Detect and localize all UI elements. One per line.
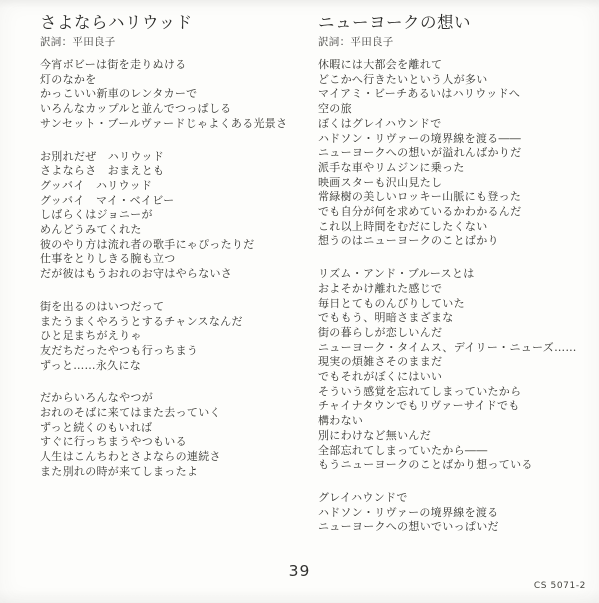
lyric-stanza: 今宵ボビーは街を走りぬける灯のなかをかっこいい新車のレンタカーでいろんなカップル… [40,58,312,132]
song-column-right: ニューヨークの想い 訳詞：平田良子 休暇には大都会を離れてどこかへ行きたいという… [318,13,590,535]
lyric-line: すぐに行っちまうやつもいる [40,435,312,450]
lyric-stanza: 休暇には大都会を離れてどこかへ行きたいという人が多いマイアミ・ビーチあるいはハリ… [318,58,590,249]
lyric-line: 仕事をとりしきる腕も立つ [40,252,312,267]
lyric-line: ひと足まちがえりゃ [40,329,312,344]
lyric-line: 常緑樹の美しいロッキー山脈にも登った [318,190,590,205]
lyric-line: 毎日とてものんびりしていた [318,297,590,312]
lyric-line: そういう感覚を忘れてしまっていたから [318,385,590,400]
lyric-line: ニューヨーク・タイムス、デイリー・ニューズ…… [318,341,590,356]
lyric-line: ニューヨークへの想いでいっぱいだ [318,520,590,535]
lyric-line: グッバイ マイ・ベイビー [40,194,312,209]
lyric-line: グレイハウンドで [318,491,590,506]
song-title-left: さよならハリウッド [40,13,312,33]
lyric-line: 別にわけなど無いんだ [318,429,590,444]
lyric-line: またうまくやろうとするチャンスなんだ [40,315,312,330]
lyric-line: 派手な車やリムジンに乗った [318,161,590,176]
lyric-line: ハドソン・リヴァーの境界線を渡る―― [318,132,590,147]
lyrics-left: 今宵ボビーは街を走りぬける灯のなかをかっこいい新車のレンタカーでいろんなカップル… [40,58,312,480]
lyric-line: ハドソン・リヴァーの境界線を渡る [318,506,590,521]
lyric-line: だからいろんなやつが [40,391,312,406]
lyric-line: もうニューヨークのことばかり想っている [318,458,590,473]
booklet-page: さよならハリウッド 訳詞：平田良子 今宵ボビーは街を走りぬける灯のなかをかっこい… [0,0,599,603]
song-title-right: ニューヨークの想い [318,13,590,33]
translator-credit-right: 訳詞：平田良子 [318,36,590,49]
lyric-line: これ以上時間をむだにしたくない [318,220,590,235]
lyric-stanza: リズム・アンド・ブルースとはおよそかけ離れた感じで毎日とてものんびりしていたでも… [318,267,590,473]
page-number: 39 [0,562,599,580]
lyric-line: チャイナタウンでもリヴァーサイドでも [318,399,590,414]
lyric-line: おれのそばに来てはまた去っていく [40,406,312,421]
lyric-stanza: 街を出るのはいつだってまたうまくやろうとするチャンスなんだひと足まちがえりゃ友だ… [40,300,312,374]
lyric-stanza: お別れだぜ ハリウッドさよならさ おまえともグッバイ ハリウッドグッバイ マイ・… [40,150,312,282]
lyric-line: また別れの時が来てしまったよ [40,465,312,480]
catalog-number: CS 5071-2 [534,581,586,591]
lyric-line: 全部忘れてしまっていたから―― [318,444,590,459]
lyric-line: ニューヨークへの想いが溢れんばかりだ [318,146,590,161]
lyric-line: 現実の煩雑さそのままだ [318,355,590,370]
translator-credit-left: 訳詞：平田良子 [40,36,312,49]
lyric-line: グッバイ ハリウッド [40,179,312,194]
lyric-line: 構わない [318,414,590,429]
lyric-line: 街を出るのはいつだって [40,300,312,315]
lyric-line: いろんなカップルと並んでつっぱしる [40,102,312,117]
lyric-line: 映画スターも沢山見たし [318,176,590,191]
lyric-line: およそかけ離れた感じで [318,282,590,297]
lyric-line: ずっと……永久にな [40,359,312,374]
lyric-line: どこかへ行きたいという人が多い [318,73,590,88]
lyric-line: でもそれがぼくにはいい [318,370,590,385]
lyric-line: だが彼はもうおれのお守はやらないさ [40,267,312,282]
lyric-line: お別れだぜ ハリウッド [40,150,312,165]
lyric-line: めんどうみてくれた [40,223,312,238]
song-column-left: さよならハリウッド 訳詞：平田良子 今宵ボビーは街を走りぬける灯のなかをかっこい… [40,13,312,480]
lyric-line: でも自分が何を求めているかわかるんだ [318,205,590,220]
lyric-line: 彼のやり方は流れ者の歌手にゃぴったりだ [40,238,312,253]
lyric-line: 想うのはニューヨークのことばかり [318,234,590,249]
lyric-line: 休暇には大都会を離れて [318,58,590,73]
lyric-stanza: グレイハウンドでハドソン・リヴァーの境界線を渡るニューヨークへの想いでいっぱいだ [318,491,590,535]
lyric-line: さよならさ おまえとも [40,164,312,179]
lyric-line: でももう、明暗さまざまな [318,311,590,326]
lyric-line: かっこいい新車のレンタカーで [40,87,312,102]
lyric-line: マイアミ・ビーチあるいはハリウッドへ [318,87,590,102]
lyric-line: 街の暮らしが恋しいんだ [318,326,590,341]
lyric-line: リズム・アンド・ブルースとは [318,267,590,282]
lyric-line: ぼくはグレイハウンドで [318,117,590,132]
lyric-line: 灯のなかを [40,73,312,88]
lyric-line: 空の旅 [318,102,590,117]
lyric-line: 人生はこんちわとさよならの連続さ [40,450,312,465]
lyric-line: 友だちだったやつも行っちまう [40,344,312,359]
lyric-line: しばらくはジョニーが [40,208,312,223]
lyric-line: ずっと続くのもいれば [40,421,312,436]
lyric-line: サンセット・ブールヴァードじゃよくある光景さ [40,117,312,132]
lyric-line: 今宵ボビーは街を走りぬける [40,58,312,73]
lyric-stanza: だからいろんなやつがおれのそばに来てはまた去っていくずっと続くのもいればすぐに行… [40,391,312,479]
lyrics-right: 休暇には大都会を離れてどこかへ行きたいという人が多いマイアミ・ビーチあるいはハリ… [318,58,590,535]
